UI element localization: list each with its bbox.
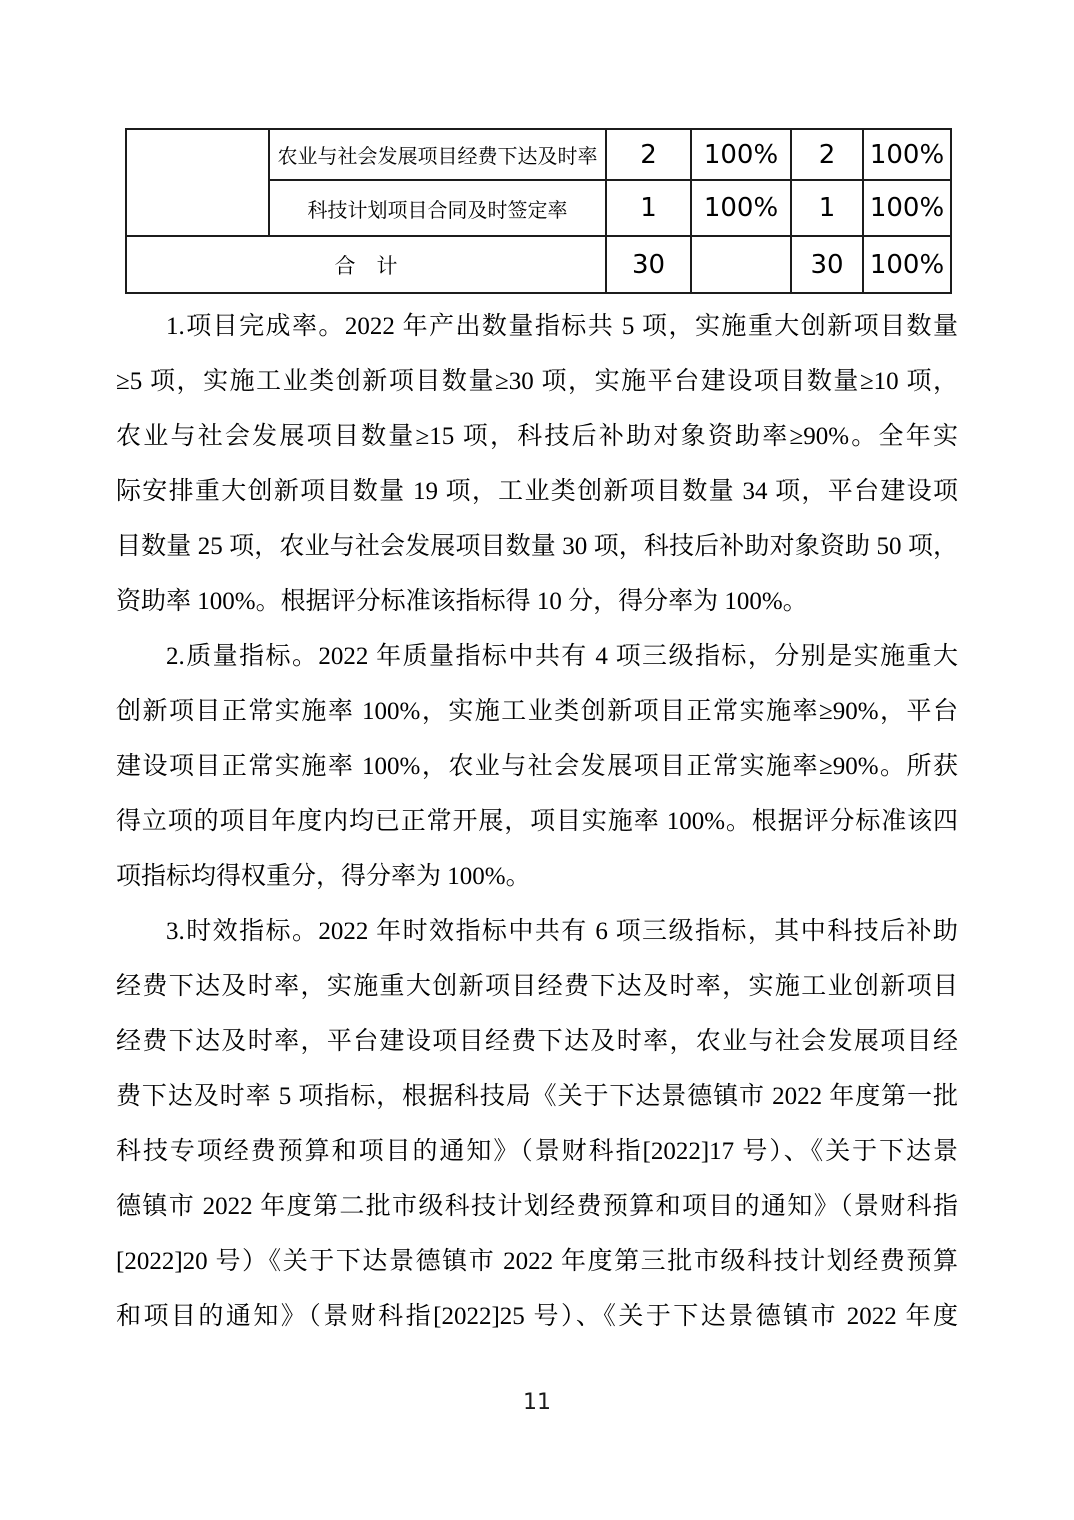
indicator-value-cell: 100% <box>691 180 791 236</box>
body-line: 农业与社会发展项目数量≥15 项，科技后补助对象资助率≥90%。全年实 <box>116 409 958 464</box>
indicator-value-cell: 100% <box>863 129 951 180</box>
indicator-value-cell: 1 <box>791 180 863 236</box>
total-value-cell <box>691 236 791 293</box>
total-value-cell: 30 <box>606 236 691 293</box>
total-label-cell: 合 计 <box>126 236 606 293</box>
total-value-cell: 30 <box>791 236 863 293</box>
body-line: 资助率 100%。根据评分标准该指标得 10 分，得分率为 100%。 <box>116 574 958 629</box>
body-text: 1.项目完成率。2022 年产出数量指标共 5 项，实施重大创新项目数量≥5 项… <box>116 299 958 1344</box>
indicator-value-cell: 2 <box>791 129 863 180</box>
body-line: 和项目的通知》（景财科指[2022]25 号）、《关于下达景德镇市 2022 年… <box>116 1289 958 1344</box>
body-line: 科技专项经费预算和项目的通知》（景财科指[2022]17 号）、《关于下达景 <box>116 1124 958 1179</box>
body-line: 1.项目完成率。2022 年产出数量指标共 5 项，实施重大创新项目数量 <box>116 299 958 354</box>
indicator-table: 农业与社会发展项目经费下达及时率 2 100% 2 100% 科技计划项目合同及… <box>125 128 952 294</box>
body-line: 德镇市 2022 年度第二批市级科技计划经费预算和项目的通知》（景财科指 <box>116 1179 958 1234</box>
total-value-cell: 100% <box>863 236 951 293</box>
body-line: [2022]20 号）《关于下达景德镇市 2022 年度第三批市级科技计划经费预… <box>116 1234 958 1289</box>
body-line: 经费下达及时率，实施重大创新项目经费下达及时率，实施工业创新项目 <box>116 959 958 1014</box>
page-number: 11 <box>0 1390 1074 1415</box>
table-merged-empty-cell <box>126 129 269 236</box>
body-line: 3.时效指标。2022 年时效指标中共有 6 项三级指标，其中科技后补助 <box>116 904 958 959</box>
indicator-value-cell: 2 <box>606 129 691 180</box>
body-line: ≥5 项，实施工业类创新项目数量≥30 项，实施平台建设项目数量≥10 项， <box>116 354 958 409</box>
indicator-name-cell: 科技计划项目合同及时签定率 <box>269 180 606 236</box>
body-line: 得立项的项目年度内均已正常开展，项目实施率 100%。根据评分标准该四 <box>116 794 958 849</box>
indicator-value-cell: 1 <box>606 180 691 236</box>
body-line: 建设项目正常实施率 100%，农业与社会发展项目正常实施率≥90%。所获 <box>116 739 958 794</box>
indicator-value-cell: 100% <box>863 180 951 236</box>
body-line: 目数量 25 项，农业与社会发展项目数量 30 项，科技后补助对象资助 50 项… <box>116 519 958 574</box>
body-line: 经费下达及时率，平台建设项目经费下达及时率，农业与社会发展项目经 <box>116 1014 958 1069</box>
body-line: 创新项目正常实施率 100%，实施工业类创新项目正常实施率≥90%，平台 <box>116 684 958 739</box>
document-page: 农业与社会发展项目经费下达及时率 2 100% 2 100% 科技计划项目合同及… <box>0 0 1074 1520</box>
table-total-row: 合 计 30 30 100% <box>126 236 951 293</box>
body-line: 2.质量指标。2022 年质量指标中共有 4 项三级指标，分别是实施重大 <box>116 629 958 684</box>
body-line: 项指标均得权重分，得分率为 100%。 <box>116 849 958 904</box>
indicator-value-cell: 100% <box>691 129 791 180</box>
body-line: 际安排重大创新项目数量 19 项，工业类创新项目数量 34 项，平台建设项 <box>116 464 958 519</box>
body-line: 费下达及时率 5 项指标，根据科技局《关于下达景德镇市 2022 年度第一批 <box>116 1069 958 1124</box>
table-row: 农业与社会发展项目经费下达及时率 2 100% 2 100% <box>126 129 951 180</box>
indicator-name-cell: 农业与社会发展项目经费下达及时率 <box>269 129 606 180</box>
